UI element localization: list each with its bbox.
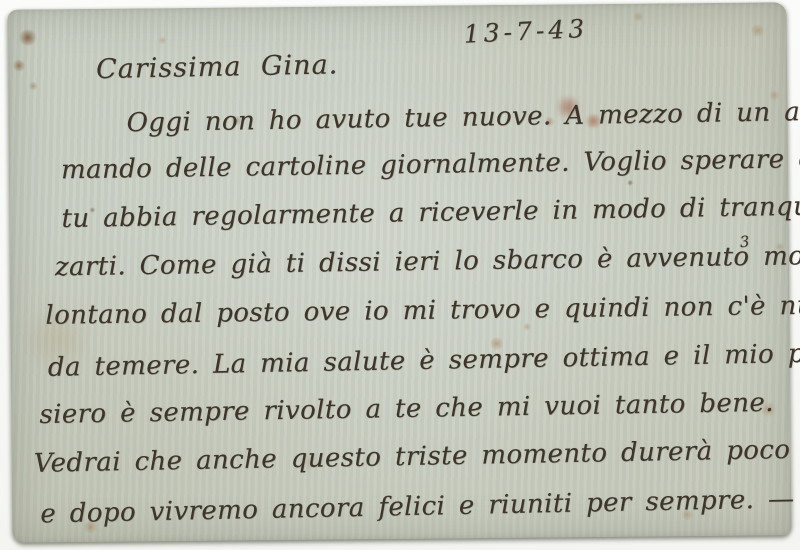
body-line: lontano dal posto ove io mi trovo e quin…: [45, 290, 800, 330]
age-stain: [28, 81, 38, 90]
age-stain: [158, 36, 167, 44]
age-stain: [627, 180, 633, 186]
body-line: mando delle cartoline giornalmente. Vogl…: [61, 144, 800, 186]
scan-background: 13-7-43 Carissima Gina. Oggi non ho avut…: [0, 0, 800, 550]
age-stain: [18, 29, 38, 45]
postcard: 13-7-43 Carissima Gina. Oggi non ho avut…: [7, 2, 791, 542]
body-line: siero è sempre rivolto a te che mi vuoi …: [39, 388, 774, 430]
age-stain: [750, 24, 766, 36]
date-line: 13-7-43: [463, 14, 589, 49]
body-line: Vedrai che anche questo triste momento d…: [34, 435, 791, 479]
superscript-mark: 3: [739, 232, 751, 251]
body-line: tu abbia regolarmente a riceverle in mod…: [61, 191, 800, 234]
body-line: Oggi non ho avuto tue nuove. A mezzo di …: [126, 96, 800, 139]
age-stain: [12, 60, 26, 72]
salutation-line: Carissima Gina.: [96, 49, 339, 85]
body-line: e dopo vivremo ancora felici e riuniti p…: [40, 484, 795, 529]
body-line: da temere. La mia salute è sempre ottima…: [48, 338, 800, 382]
age-stain: [633, 12, 645, 22]
body-line: zarti. Come già ti dissi ieri lo sbarco …: [55, 241, 800, 283]
